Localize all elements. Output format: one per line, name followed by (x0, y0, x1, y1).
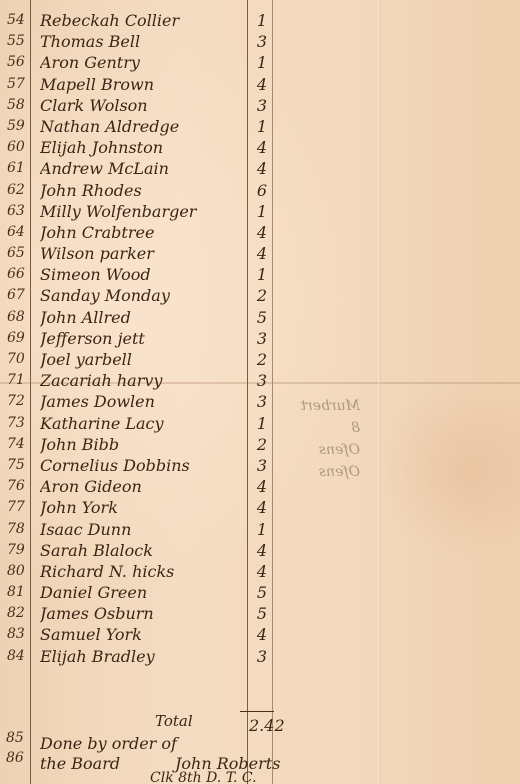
entry-count: 4 (252, 74, 272, 95)
entry-name: Elijah Bradley (40, 646, 245, 667)
ledger-row: 78Isaac Dunn1 (0, 519, 330, 540)
entry-count: 3 (252, 391, 272, 412)
entry-name: Katharine Lacy (40, 413, 245, 434)
entry-name: Clark Wolson (40, 95, 245, 116)
entry-count: 5 (252, 603, 272, 624)
line-number: 59 (7, 116, 31, 137)
line-number: 73 (7, 413, 31, 434)
entry-count: 4 (252, 222, 272, 243)
line-number: 56 (7, 52, 31, 73)
line-number: 78 (7, 519, 31, 540)
line-number: 69 (7, 328, 31, 349)
entry-count: 3 (252, 646, 272, 667)
entry-name: Zacariah harvy (40, 370, 245, 391)
line-number: 83 (7, 624, 31, 645)
line-number: 60 (7, 137, 31, 158)
entry-name: Aron Gentry (40, 52, 245, 73)
entry-name: Rebeckah Collier (40, 10, 245, 31)
line-number: 84 (7, 646, 31, 667)
entry-count: 5 (252, 582, 272, 603)
footer-board-text: the Board (40, 754, 120, 773)
ledger-row: 80Richard N. hicks4 (0, 561, 330, 582)
entry-count: 1 (252, 413, 272, 434)
entry-count: 1 (252, 264, 272, 285)
ledger-row: 67Sanday Monday2 (0, 285, 330, 306)
ledger-row: 54Rebeckah Collier1 (0, 10, 330, 31)
entry-name: Cornelius Dobbins (40, 455, 245, 476)
ledger-row: 69Jefferson jett3 (0, 328, 330, 349)
line-number: 62 (7, 180, 31, 201)
entry-count: 3 (252, 328, 272, 349)
entry-name: Sarah Blalock (40, 540, 245, 561)
line-number: 61 (7, 158, 31, 179)
line-number: 67 (7, 285, 31, 306)
entry-name: John York (40, 497, 245, 518)
entry-name: Nathan Aldredge (40, 116, 245, 137)
entry-name: Richard N. hicks (40, 561, 245, 582)
bleed-text: 8 (280, 417, 360, 439)
ledger-row: 68John Allred5 (0, 307, 330, 328)
line-number: 54 (7, 10, 31, 31)
line-number: 68 (7, 307, 31, 328)
ledger-row: 59Nathan Aldredge1 (0, 116, 330, 137)
bleed-through-writing: Murbert 8 Ofens Ofens (280, 395, 360, 505)
entry-name: James Dowlen (40, 391, 245, 412)
line-number: 72 (7, 391, 31, 412)
entry-count: 2 (252, 349, 272, 370)
ledger-row: 71Zacariah harvy3 (0, 370, 330, 391)
ledger-row: 64John Crabtree4 (0, 222, 330, 243)
line-number: 58 (7, 95, 31, 116)
entry-name: Elijah Johnston (40, 137, 245, 158)
entry-count: 3 (252, 95, 272, 116)
ledger-row: 65Wilson parker4 (0, 243, 330, 264)
ledger-row: 79Sarah Blalock4 (0, 540, 330, 561)
entry-count: 4 (252, 158, 272, 179)
entry-count: 4 (252, 624, 272, 645)
entry-list: 54Rebeckah Collier155Thomas Bell356Aron … (0, 10, 330, 667)
ledger-row: 57Mapell Brown4 (0, 74, 330, 95)
entry-name: Andrew McLain (40, 158, 245, 179)
ledger-row: 58Clark Wolson3 (0, 95, 330, 116)
total-value: 2.42 (249, 716, 285, 735)
ledger-row: 70Joel yarbell2 (0, 349, 330, 370)
entry-count: 6 (252, 180, 272, 201)
entry-count: 1 (252, 52, 272, 73)
entry-name: Mapell Brown (40, 74, 245, 95)
line-number: 76 (7, 476, 31, 497)
line-number: 70 (7, 349, 31, 370)
ledger-row: 82James Osburn5 (0, 603, 330, 624)
entry-name: Joel yarbell (40, 349, 245, 370)
line-number: 74 (7, 434, 31, 455)
entry-count: 4 (252, 561, 272, 582)
line-number: 65 (7, 243, 31, 264)
bleed-text: Murbert (280, 395, 360, 417)
entry-name: Isaac Dunn (40, 519, 245, 540)
entry-name: Milly Wolfenbarger (40, 201, 245, 222)
ledger-row: 84Elijah Bradley3 (0, 646, 330, 667)
ledger-row: 66Simeon Wood1 (0, 264, 330, 285)
ledger-row: 60Elijah Johnston4 (0, 137, 330, 158)
bleed-text: Ofens (280, 439, 360, 461)
line-number: 57 (7, 74, 31, 95)
line-number: 82 (7, 603, 31, 624)
entry-name: John Allred (40, 307, 245, 328)
entry-name: Aron Gideon (40, 476, 245, 497)
ledger-row: 63Milly Wolfenbarger1 (0, 201, 330, 222)
entry-name: John Rhodes (40, 180, 245, 201)
scanned-ledger-page: 54Rebeckah Collier155Thomas Bell356Aron … (0, 0, 520, 784)
total-label: Total (155, 712, 193, 730)
entry-count: 3 (252, 31, 272, 52)
line-number: 79 (7, 540, 31, 561)
entry-count: 1 (252, 519, 272, 540)
line-number: 81 (7, 582, 31, 603)
entry-name: James Osburn (40, 603, 245, 624)
line-number: 71 (7, 370, 31, 391)
footer-order-text: Done by order of (40, 734, 177, 753)
entry-name: Simeon Wood (40, 264, 245, 285)
entry-count: 5 (252, 307, 272, 328)
entry-name: John Bibb (40, 434, 245, 455)
entry-count: 1 (252, 116, 272, 137)
entry-count: 4 (252, 137, 272, 158)
entry-name: Jefferson jett (40, 328, 245, 349)
entry-count: 2 (252, 434, 272, 455)
entry-count: 2 (252, 285, 272, 306)
line-number: 85 (6, 730, 24, 746)
entry-count: 1 (252, 10, 272, 31)
entry-count: 1 (252, 201, 272, 222)
paper-fold-vertical (378, 0, 381, 784)
line-number: 66 (7, 264, 31, 285)
ledger-row: 81Daniel Green5 (0, 582, 330, 603)
line-number: 63 (7, 201, 31, 222)
entry-count: 4 (252, 497, 272, 518)
ledger-row: 62John Rhodes6 (0, 180, 330, 201)
ledger-row: 61Andrew McLain4 (0, 158, 330, 179)
entry-name: Samuel York (40, 624, 245, 645)
line-number: 75 (7, 455, 31, 476)
line-number: 77 (7, 497, 31, 518)
entry-name: Sanday Monday (40, 285, 245, 306)
ledger-row: 55Thomas Bell3 (0, 31, 330, 52)
entry-count: 4 (252, 243, 272, 264)
signature-title: Clk 8th D. T. C. (150, 770, 257, 784)
entry-count: 3 (252, 455, 272, 476)
line-number: 55 (7, 31, 31, 52)
entry-name: John Crabtree (40, 222, 245, 243)
total-underline (240, 711, 274, 712)
line-number: 86 (6, 750, 24, 766)
entry-name: Daniel Green (40, 582, 245, 603)
entry-count: 4 (252, 540, 272, 561)
ledger-row: 83Samuel York4 (0, 624, 330, 645)
ledger-row: 56Aron Gentry1 (0, 52, 330, 73)
bleed-text: Ofens (280, 461, 360, 483)
entry-name: Thomas Bell (40, 31, 245, 52)
entry-name: Wilson parker (40, 243, 245, 264)
entry-count: 3 (252, 370, 272, 391)
line-number: 64 (7, 222, 31, 243)
line-number: 80 (7, 561, 31, 582)
entry-count: 4 (252, 476, 272, 497)
